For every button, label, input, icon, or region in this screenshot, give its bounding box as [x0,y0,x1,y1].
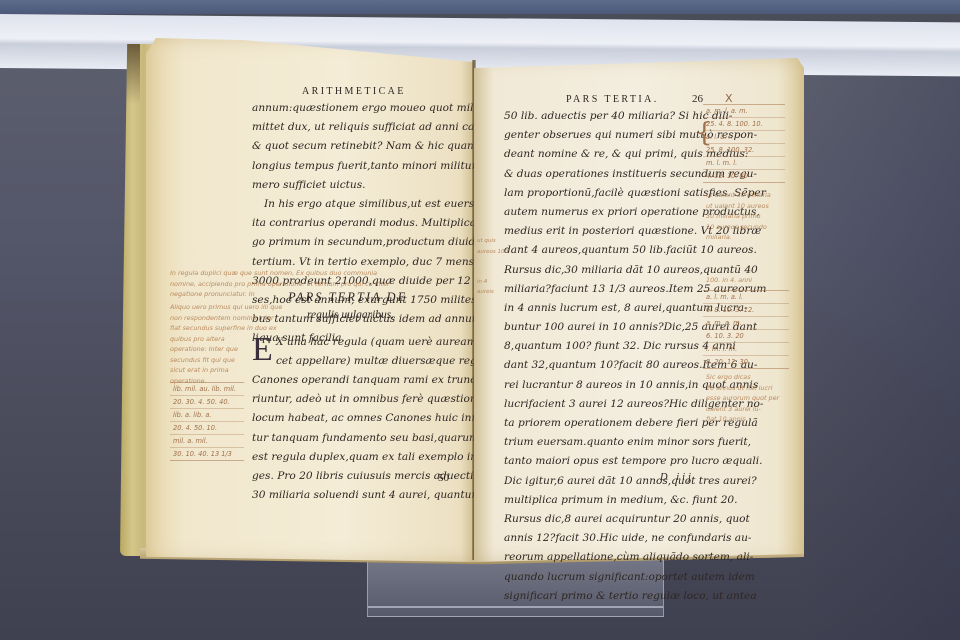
margin-table-row: a. l. m. a. l. [703,291,789,304]
margin-brace-icon: { [696,120,713,146]
marginalia-line: in 4 [477,277,508,288]
right-marginalia-bottom: Sic ergo dicas 10 annos ut fiat lucri es… [706,372,779,425]
margin-table-row: 4. 32. 10. 80 [703,170,785,182]
right-marginalia-left: ut quis aureos 100 in 4 aureis [477,236,508,298]
margin-table-row: 30. 10. 40. 13 1/3 [170,448,244,460]
marginalia-line: Sic ergo dicas [706,372,779,383]
margin-table-row: lib. a. lib. a. [170,409,244,422]
text-line: dant 4 aureos,quantum 50 lib.faciũt 10 a… [504,241,766,260]
text-line: 30 miliaria soluendi sunt 4 aurei, quant… [252,486,503,505]
text-line: trium euersam.quanto enim minor sors fue… [504,433,766,452]
left-running-head: ARITHMETICAE [302,86,406,97]
text-line: Dic igitur,6 aurei dãt 10 annos,quot tre… [504,472,766,491]
marginalia-line: non respondentem nomine Inter [170,313,282,324]
text-line: riuntur, adeò ut in omnibus ferè quæstio… [252,390,503,409]
margin-table-row: 20. 4. 50. 10. [170,422,244,435]
right-margin-calculation-table-top: a. m. l. a. m. 25. 4. 8. 100. 10. a. l. … [703,104,785,183]
text-line: significari primo & tertio regulæ loco, … [504,587,766,606]
section-heading: PARS TERTIA DE [288,290,407,305]
margin-table-row: a. m. a. m. [703,317,789,330]
marginalia-line: ut ualent 30 miliaria [706,190,771,201]
marginalia-line: 30 miliaria primo [706,211,771,222]
marginalia-line: miliaria. [706,232,771,243]
marginalia-line: 10 annos ut fiat lucri [706,383,779,394]
marginalia-line: ut ualent 10 aureos [706,201,771,212]
text-line: est regula duplex,quam ex tali exemplo i… [252,448,503,467]
left-margin-calculation-table: lib. mil. au. lib. mil. 20. 30. 4. 50. 4… [170,382,244,461]
right-margin-calculation-table-bottom: a. l. m. a. l. 6. 8. 10. 3. 12. a. m. a.… [703,290,789,369]
left-page-number: 50 [438,472,449,484]
marginalia-line: Aliquo uero primus qui uero illi que [170,302,282,313]
text-line: multiplica primum in medium, &c. fiunt 2… [504,491,766,510]
marginalia-line: ut quis [477,236,508,247]
margin-table-row: lib. mil. au. lib. mil. [170,383,244,396]
right-marginalia-label: 100. in 4. anni [706,275,752,286]
margin-table-row: m. l. m. l. [703,157,785,170]
text-line: Rursus dic,8 aurei acquiruntur 20 annis,… [504,510,766,529]
text-line: tur tanquam fundamento seu basi,quarum u… [252,429,503,448]
right-running-head: PARS TERTIA. [566,94,659,105]
marginalia-line: esse aurorum quot per [706,393,779,404]
text-line: ges. Pro 20 libris cuiusuis mercis aduec… [252,467,503,486]
text-line: annis 12?facit 30.Hic uide, ne confundar… [504,529,766,548]
drop-cap: E [252,333,273,367]
margin-table-row: 6. 10. 3. 20 [703,330,789,343]
right-marginalia-mid: ut ualent 30 miliaria ut ualent 10 aureo… [706,190,771,243]
section-subheading: regulis uulgaribus. [307,309,394,321]
marginalia-line: aureos 100 [477,247,508,277]
right-page-number: 26 [692,93,703,105]
marginalia-line: In regula duplici quæ que sunt nomen, Ex… [170,268,390,279]
text-line: tanto maiori opus est tempore pro lucro … [504,452,766,471]
marginalia-line: fiat 10 annis [706,414,779,425]
marginalia-line: nomine, accipiendo pro prima operatione:… [170,279,390,290]
margin-table-row: 25. 4. 8. 100. 10. [703,118,785,131]
margin-table-row: mil. a. mil. [170,435,244,448]
open-book: ARITHMETICAE annum:quæstionem ergo moueo… [0,0,960,640]
text-line: locum habeat, ac omnes Canones huic inni… [252,409,503,428]
margin-table-row: 8. 20. 12. 30 [703,356,789,368]
marginalia-line: aureis [477,287,508,298]
signature-mark: D iij [660,472,694,483]
text-line: Canones operandi tanquam rami ex trunco … [252,371,503,390]
margin-table-row: 20. 30. 4. 50. 40. [170,396,244,409]
marginalia-line: 10 aureos secundo [706,222,771,233]
left-paragraph-3: Canones operandi tanquam rami ex trunco … [252,371,503,505]
margin-table-row: a. m. l. a. m. [703,105,785,118]
text-line: quando lucrum significant:oportet autem … [504,568,766,587]
text-line: reorum appellatione,cùm aliquãdo sortem,… [504,548,766,567]
margin-table-row: l. m. l. m. [703,343,789,356]
margin-table-row: 25. 8. 100. 32. [703,144,785,157]
margin-table-row: 6. 8. 10. 3. 12. [703,304,789,317]
marginalia-line: ualent 3 aurei lu- [706,404,779,415]
margin-table-row: a. l. a. l. [703,131,785,144]
